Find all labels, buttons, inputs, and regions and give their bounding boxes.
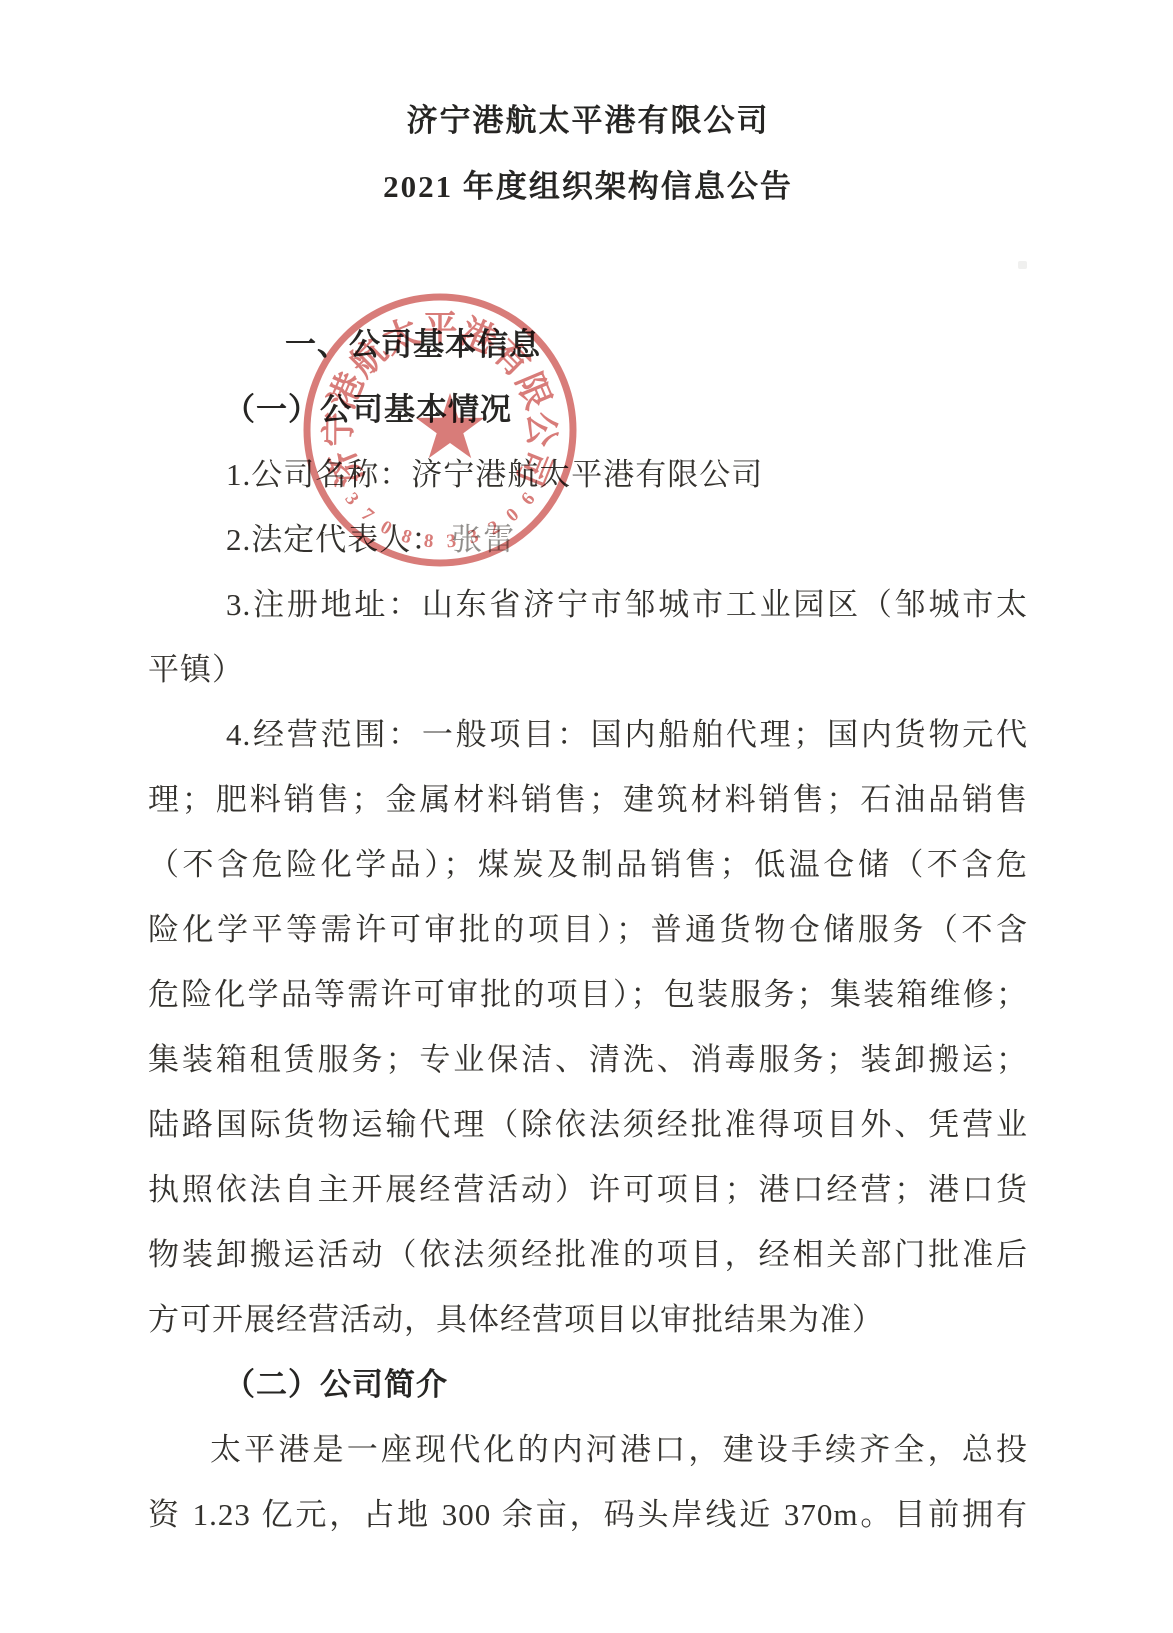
scope-line-1: 4.经营范围：一般项目：国内船舶代理；国内货物元代 (148, 702, 1028, 767)
legal-rep-line: 2.法定代表人：张雷 (148, 507, 1028, 572)
doc-title: 济宁港航太平港有限公司 (148, 88, 1028, 154)
document-page: 济宁港航太平港有限公司 2021 年度组织架构信息公告 一、公司基本信息 （一）… (0, 0, 1173, 1633)
svg-text:司: 司 (509, 444, 558, 491)
company-name-line: 1.公司名称：济宁港航太平港有限公司 (148, 442, 1028, 507)
title-block: 济宁港航太平港有限公司 2021 年度组织架构信息公告 (148, 88, 1028, 220)
svg-text:3: 3 (466, 525, 481, 548)
scope-line-2: 理；肥料销售；金属材料销售；建筑材料销售；石油品销售 (148, 767, 1028, 832)
svg-text:公: 公 (521, 412, 560, 447)
svg-text:7: 7 (357, 504, 378, 526)
svg-text:宁: 宁 (319, 412, 358, 447)
scope-line-5: 危险化学品等需许可审批的项目）；包装服务；集装箱维修； (148, 962, 1028, 1027)
section-heading-1: 一、公司基本信息 (148, 312, 1028, 377)
scope-line-4: 险化学平等需许可审批的项目）；普通货物仓储服务（不含 (148, 897, 1028, 962)
svg-text:0: 0 (502, 504, 523, 526)
seal-text-group: 济宁港航太平港有限公司 (319, 310, 560, 492)
scope-line-9: 物装卸搬运活动（依法须经批准的项目，经相关部门批准后 (148, 1222, 1028, 1287)
svg-text:8: 8 (399, 525, 414, 548)
svg-text:0: 0 (377, 517, 395, 540)
svg-text:6: 6 (517, 489, 539, 509)
scope-line-10: 方可开展经营活动，具体经营项目以审批结果为准） (148, 1287, 1028, 1352)
scope-line-3: （不含危险化学品）；煤炭及制品销售；低温仓储（不含危 (148, 832, 1028, 897)
address-line-1: 3.注册地址：山东省济宁市邹城市工业园区（邹城市太 (148, 572, 1028, 637)
subsection-heading-2: （二）公司简介 (148, 1352, 1028, 1417)
subsection-heading-1: （一）公司基本情况 (148, 377, 1028, 442)
svg-text:济: 济 (322, 444, 371, 491)
intro-line-1: 太平港是一座现代化的内河港口，建设手续齐全，总投 (148, 1417, 1028, 1482)
svg-text:3: 3 (446, 530, 458, 552)
svg-text:平: 平 (422, 310, 457, 349)
doc-subtitle: 2021 年度组织架构信息公告 (148, 154, 1028, 220)
company-seal: 济宁港航太平港有限公司 3708833206 (295, 285, 587, 577)
intro-line-2: 资 1.23 亿元，占地 300 余亩，码头岸线近 370m。目前拥有 (148, 1482, 1028, 1547)
svg-text:2: 2 (485, 517, 503, 540)
address-line-2: 平镇） (148, 637, 1028, 702)
svg-text:3: 3 (341, 489, 363, 509)
scan-artifact (1018, 261, 1027, 269)
scope-line-6: 集装箱租赁服务；专业保洁、清洗、消毒服务；装卸搬运； (148, 1027, 1028, 1092)
scope-line-8: 执照依法自主开展经营活动）许可项目；港口经营；港口货 (148, 1157, 1028, 1222)
seal-star-icon (416, 393, 484, 458)
scope-line-7: 陆路国际货物运输代理（除依法须经批准得项目外、凭营业 (148, 1092, 1028, 1157)
body-text: 一、公司基本信息 （一）公司基本情况 1.公司名称：济宁港航太平港有限公司 2.… (148, 312, 1028, 1547)
svg-text:8: 8 (423, 530, 435, 552)
